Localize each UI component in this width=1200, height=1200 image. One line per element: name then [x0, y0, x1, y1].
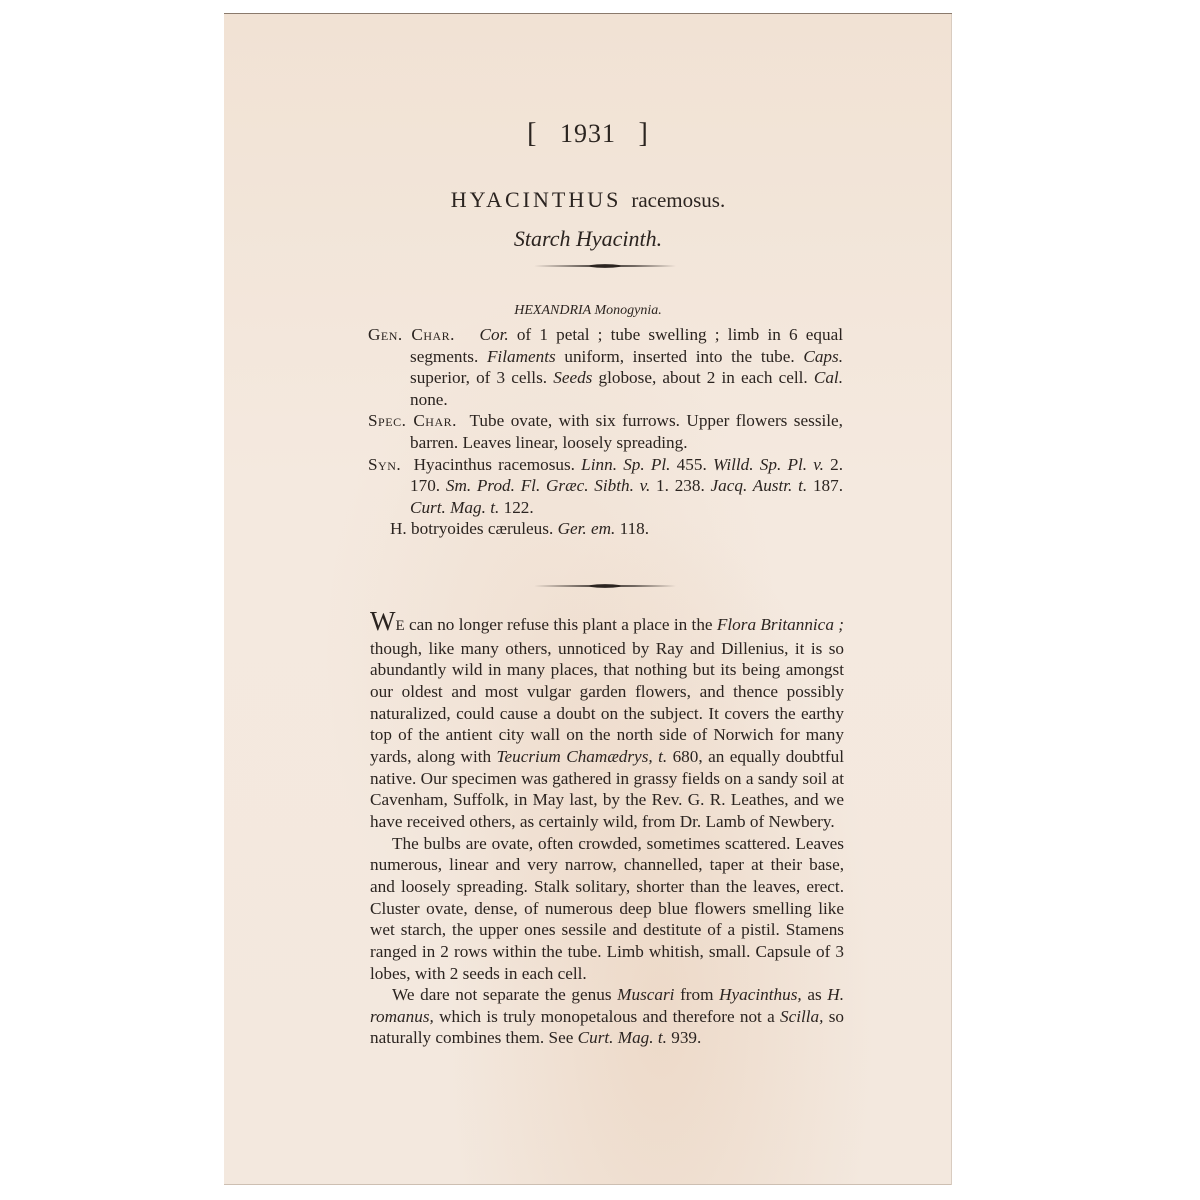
text-run: Hyacinthus racemosus.: [414, 455, 582, 474]
text-run: We dare not separate the genus: [392, 985, 617, 1004]
italic-text: Jacq. Austr. t.: [711, 476, 808, 495]
italic-text: Linn. Sp. Pl.: [581, 455, 670, 474]
title-species: racemosus.: [631, 188, 725, 212]
spec-char-text: Tube ovate, with six furrows. Upper flow…: [410, 411, 843, 452]
italic-text: Willd. Sp. Pl. v.: [713, 455, 824, 474]
synonyms: Syn. Hyacinthus racemosus. Linn. Sp. Pl.…: [368, 454, 843, 519]
bracket-open: [: [527, 118, 537, 149]
book-page: [ 1931 ] HYACINTHUSracemosus. Starch Hya…: [224, 13, 952, 1185]
italic-text: Scilla,: [780, 1007, 823, 1026]
synonym-secondary: H. botryoides cæruleus. Ger. em. 118.: [368, 518, 843, 540]
italic-text: Cor.: [480, 325, 509, 344]
generic-character: Gen. Char. Cor. of 1 petal ; tube swelli…: [368, 324, 843, 410]
italic-text: Curt. Mag. t.: [578, 1028, 667, 1047]
paragraph-2-text: The bulbs are ovate, often crowded, some…: [370, 834, 844, 983]
gen-char-text: Cor. of 1 petal ; tube swelling ; limb i…: [410, 325, 843, 409]
text-run: superior, of 3 cells.: [410, 368, 553, 387]
text-run: none.: [410, 390, 448, 409]
syn-text: Hyacinthus racemosus. Linn. Sp. Pl. 455.…: [410, 455, 843, 517]
paragraph-1-text: can no longer refuse this plant a place …: [370, 615, 844, 831]
text-run: globose, about 2 in each cell.: [592, 368, 814, 387]
italic-text: Muscari: [617, 985, 674, 1004]
body-text: WE can no longer refuse this plant a pla…: [370, 614, 844, 1049]
bracket-close: ]: [639, 118, 649, 149]
text-run: from: [674, 985, 719, 1004]
specific-character: Spec. Char. Tube ovate, with six furrows…: [368, 410, 843, 453]
italic-text: Curt. Mag. t.: [410, 498, 499, 517]
order-name: Monogynia.: [594, 303, 661, 318]
text-run: 939.: [667, 1028, 701, 1047]
text-run: 118.: [615, 519, 649, 538]
paragraph-3: We dare not separate the genus Muscari f…: [370, 984, 844, 1049]
text-run: 455.: [670, 455, 713, 474]
italic-text: Cal.: [814, 368, 843, 387]
syn-label: Syn.: [368, 455, 401, 474]
common-name: Starch Hyacinth.: [224, 226, 952, 252]
page-number-value: 1931: [560, 119, 616, 148]
text-run: The bulbs are ovate, often crowded, some…: [370, 834, 844, 983]
text-run: H. botryoides cæruleus.: [390, 519, 558, 538]
italic-text: Hyacinthus,: [719, 985, 802, 1004]
paragraph-2: The bulbs are ovate, often crowded, some…: [370, 833, 844, 985]
small-cap: E: [395, 618, 404, 634]
text-run: which is truly monopetalous and therefor…: [434, 1007, 780, 1026]
class-name: HEXANDRIA: [514, 303, 591, 318]
text-run: as: [802, 985, 828, 1004]
classification: HEXANDRIA Monogynia.: [224, 303, 952, 319]
text-run: 1. 238.: [650, 476, 710, 495]
paragraph-3-text: We dare not separate the genus Muscari f…: [370, 985, 844, 1047]
italic-text: Caps.: [803, 347, 843, 366]
italic-text: Seeds: [553, 368, 592, 387]
italic-text: Ger. em.: [558, 519, 616, 538]
text-run: 187.: [807, 476, 843, 495]
gen-char-label: Gen. Char.: [368, 325, 455, 344]
italic-text: Teucrium Chamædrys, t.: [497, 747, 668, 766]
italic-text: Flora Britannica ;: [717, 615, 844, 634]
text-run: uniform, inserted into the tube.: [556, 347, 804, 366]
characters-block: Gen. Char. Cor. of 1 petal ; tube swelli…: [368, 324, 843, 540]
title-genus: HYACINTHUS: [451, 187, 622, 212]
text-run: can no longer refuse this plant a place …: [405, 615, 717, 634]
decorative-rule-bottom: [534, 583, 676, 587]
page-title: HYACINTHUSracemosus.: [224, 187, 952, 213]
paragraph-1: WE can no longer refuse this plant a pla…: [370, 614, 844, 833]
italic-text: Sm. Prod. Fl. Græc. Sibth. v.: [446, 476, 650, 495]
drop-cap: W: [370, 606, 395, 636]
italic-text: Filaments: [487, 347, 556, 366]
decorative-rule-top: [534, 263, 676, 267]
text-run: 122.: [499, 498, 533, 517]
page-number: [ 1931 ]: [224, 118, 952, 150]
spec-char-label: Spec. Char.: [368, 411, 457, 430]
